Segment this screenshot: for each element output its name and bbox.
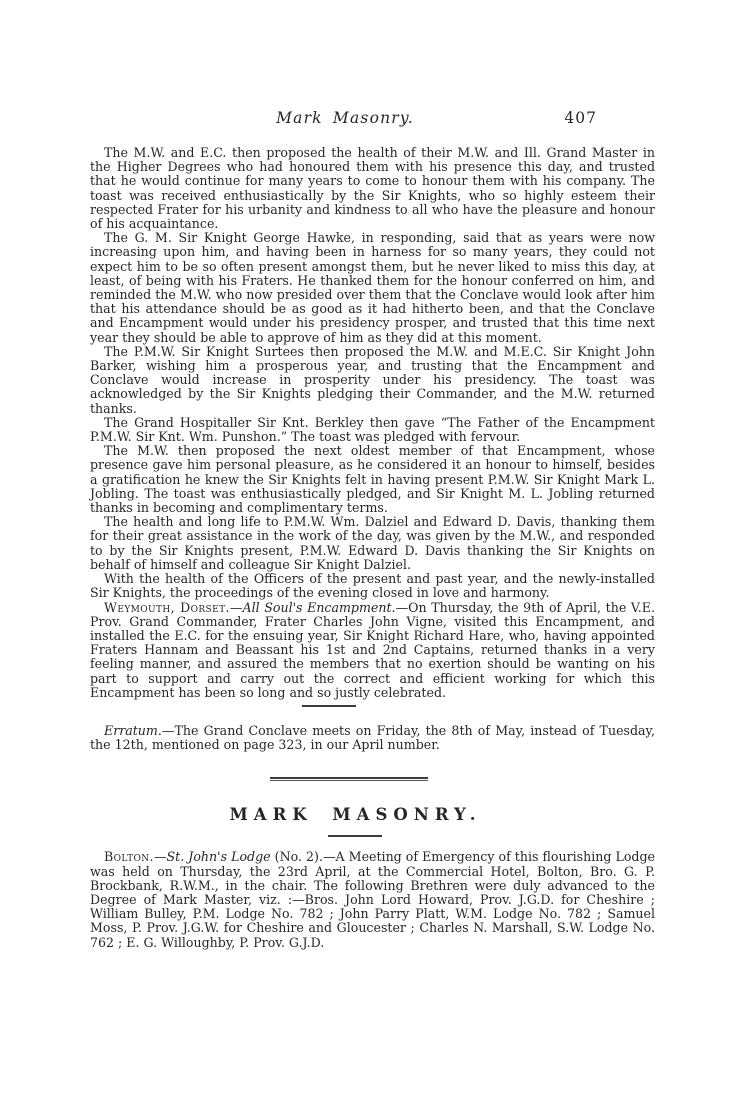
running-head: Mark Masonry. 407 xyxy=(90,109,655,131)
end-rule xyxy=(302,705,356,707)
para-hawke-response: The G. M. Sir Knight George Hawke, in re… xyxy=(90,231,655,345)
text-segment: — xyxy=(154,849,167,864)
text-segment: —On Thursday, the 9th of April, the V.E.… xyxy=(90,600,655,700)
para-jobling-toast: The M.W. then proposed the next oldest m… xyxy=(90,444,655,515)
page-number: 407 xyxy=(564,109,597,127)
para-weymouth: Weymouth, Dorset.—All Soul's Encampment.… xyxy=(90,601,655,700)
text-segment: St. John's Lodge xyxy=(167,849,271,864)
para-closing: With the health of the Officers of the p… xyxy=(90,572,655,600)
text-segment: Bolton. xyxy=(104,849,154,864)
text-segment: Weymouth, Dorset. xyxy=(104,600,230,615)
para-dalziel-davis-toast: The health and long life to P.M.W. Wm. D… xyxy=(90,515,655,572)
section-divider xyxy=(270,777,428,781)
text-segment: Erratum. xyxy=(104,723,162,738)
text-segment: The M.W. and E.C. then proposed the heal… xyxy=(90,145,655,231)
text-segment: The G. M. Sir Knight George Hawke, in re… xyxy=(90,230,655,344)
text-segment: The P.M.W. Sir Knight Surtees then propo… xyxy=(90,344,655,416)
running-head-title: Mark Masonry. xyxy=(90,109,600,127)
para-bolton: Bolton.—St. John's Lodge (No. 2).—A Meet… xyxy=(90,850,655,949)
para-surtees-toast: The P.M.W. Sir Knight Surtees then propo… xyxy=(90,345,655,416)
para-erratum: Erratum.—The Grand Conclave meets on Fri… xyxy=(90,724,655,752)
text-segment: The health and long life to P.M.W. Wm. D… xyxy=(90,514,655,572)
text-segment: —The Grand Conclave meets on Friday, the… xyxy=(90,723,655,752)
page-body: The M.W. and E.C. then proposed the heal… xyxy=(90,146,655,950)
text-segment: — xyxy=(230,600,243,615)
text-segment: The Grand Hospitaller Sir Knt. Berkley t… xyxy=(90,415,655,444)
para-grand-master-toast: The M.W. and E.C. then proposed the heal… xyxy=(90,146,655,231)
text-segment: The M.W. then proposed the next oldest m… xyxy=(90,443,655,515)
text-segment: With the health of the Officers of the p… xyxy=(90,571,655,600)
document-page: Mark Masonry. 407 The M.W. and E.C. then… xyxy=(0,0,743,1114)
text-segment: (No. 2).—A Meeting of Emergency of this … xyxy=(90,849,655,949)
section-heading: MARK MASONRY. xyxy=(73,806,638,824)
para-hospitaller-toast: The Grand Hospitaller Sir Knt. Berkley t… xyxy=(90,416,655,444)
text-segment: All Soul's Encampment. xyxy=(242,600,395,615)
heading-rule xyxy=(328,835,382,837)
